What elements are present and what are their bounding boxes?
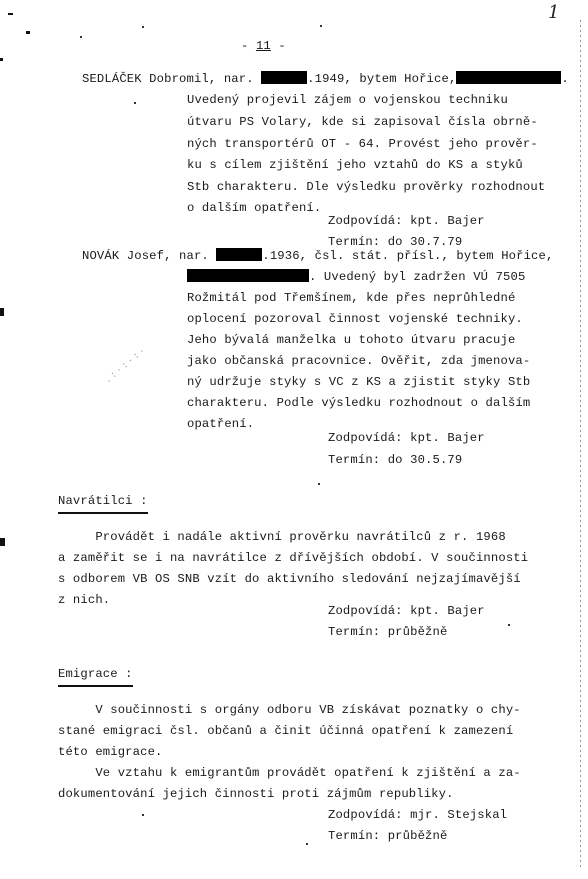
speck (318, 483, 320, 485)
section-text-line: stané emigraci čsl. občanů a činit účinn… (58, 721, 513, 741)
section-text-line: dokumentování jejich činnosti proti zájm… (58, 784, 454, 804)
redaction-bar (187, 269, 309, 282)
section-text-line: této emigrace. (58, 742, 163, 762)
entry-text-line: oplocení pozoroval činnost vojenské tech… (187, 309, 523, 329)
redaction-bar (456, 71, 561, 84)
section-text-line: Provádět i nadále aktivní prověrku navrá… (58, 527, 506, 547)
binder-mark (0, 58, 3, 61)
entry-text-line: Stb charakteru. Dle výsledku prověrky ro… (187, 177, 545, 197)
handwritten-page-mark: 1 (548, 2, 560, 23)
entry-text-line: ných transportérů OT - 64. Provést jeho … (187, 134, 538, 154)
entry-text-line: Uvedený projevil zájem o vojenskou techn… (187, 90, 508, 110)
section-text-line: V součinnosti s orgány odboru VB získáva… (58, 700, 521, 720)
entry-text-line: . Uvedený byl zadržen VÚ 7505 (187, 267, 525, 287)
responsible-officer: Zodpovídá: kpt. Bajer (328, 211, 485, 231)
speck (142, 814, 144, 816)
entry-text-line: ku s cílem zjištění jeho vztahů do KS a … (187, 155, 523, 175)
entry-text-line: charakteru. Podle výsledku rozhodnout o … (187, 393, 530, 413)
entry-sedlacek-header: SEDLÁČEK Dobromil, nar. .1949, bytem Hoř… (82, 69, 569, 89)
responsible-officer: Zodpovídá: kpt. Bajer (328, 428, 485, 448)
section-text-line: Ve vztahu k emigrantům provádět opatření… (58, 763, 521, 783)
section-text-line: z nich. (58, 590, 110, 610)
entry-text-line: Jeho bývalá manželka u tohoto útvaru pra… (187, 330, 515, 350)
redaction-bar (261, 71, 307, 84)
scan-edge (580, 20, 581, 870)
entry-text-line: jako občanská pracovnice. Ověřit, zda jm… (187, 351, 530, 371)
speck (134, 102, 136, 104)
responsible-officer: Zodpovídá: mjr. Stejskal (328, 805, 507, 825)
faint-stamp: .:·:·:· (103, 345, 149, 386)
speck (306, 843, 308, 845)
deadline: Termín: do 30.5.79 (328, 450, 462, 470)
binder-mark (0, 538, 5, 546)
entry-surname: SEDLÁČEK (82, 72, 142, 86)
binder-mark (0, 308, 4, 316)
speck (508, 624, 510, 626)
entry-text-line: opatření. (187, 414, 254, 434)
speck (142, 26, 144, 28)
binder-mark (8, 13, 13, 15)
section-heading-navratilci: Navrátilci : (58, 491, 148, 511)
entry-text-line: Rožmitál pod Třemšínem, kde přes neprůhl… (187, 288, 515, 308)
deadline: Termín: průběžně (328, 826, 447, 846)
binder-mark (26, 31, 30, 34)
section-text-line: a zaměřit se i na navrátilce z dřívějšíc… (58, 548, 528, 568)
responsible-officer: Zodpovídá: kpt. Bajer (328, 601, 485, 621)
speck (320, 25, 322, 27)
entry-surname: NOVÁK (82, 249, 119, 263)
page-number: - 11 - (241, 36, 286, 56)
entry-text-line: útvaru PS Volary, kde si zapisoval čísla… (187, 112, 538, 132)
section-heading-emigrace: Emigrace : (58, 664, 133, 684)
entry-text-line: o dalším opatření. (187, 198, 321, 218)
redaction-bar (216, 248, 262, 261)
deadline: Termín: průběžně (328, 622, 447, 642)
speck (80, 36, 82, 38)
entry-novak-header: NOVÁK Josef, nar. .1936, čsl. stát. přís… (82, 246, 553, 266)
section-text-line: s odborem VB OS SNB vzít do aktivního sl… (58, 569, 521, 589)
entry-text-line: ný udržuje styky s VC z KS a zjistit sty… (187, 372, 530, 392)
